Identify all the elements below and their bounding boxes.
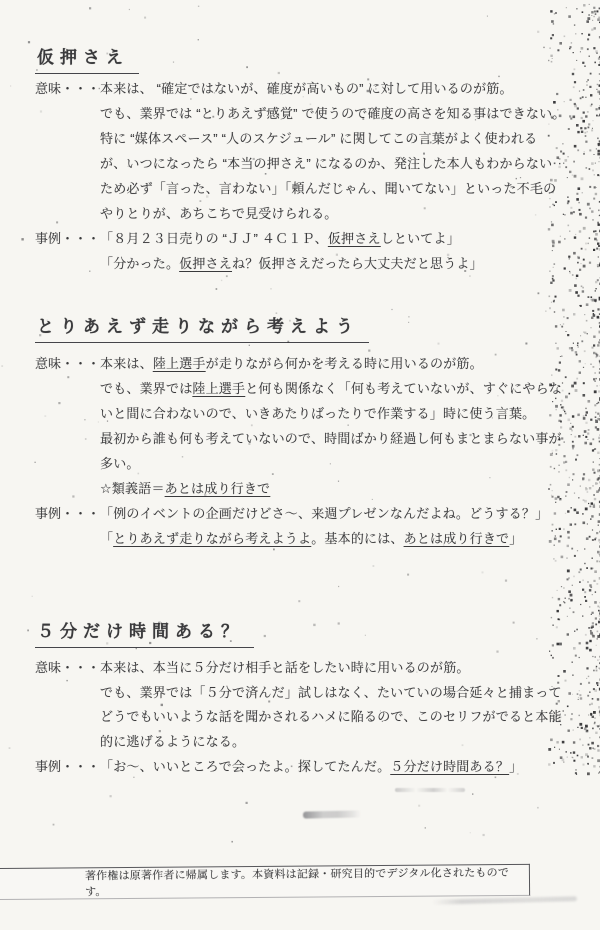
text-segment: 「分かった。 [100, 256, 179, 271]
text-line: 「８月２３日売りの “ＪＪ” ４Ｃ１Ｐ、仮押さえしといてよ」 [100, 226, 572, 251]
underlined-term: 仮押さえ [179, 256, 232, 271]
glossary-entry-toriaezu-hashirinagara: とりあえず走りながら考えよう意味・・・本来は、陸上選手が走りながら何かを考える時… [35, 314, 572, 551]
meaning-block: 意味・・・本来は、 “確定ではないが、確度が高いもの” に対して用いるのが筋。で… [35, 76, 572, 226]
copyright-notice-text: 著作権は原著作者に帰属します。本資料は記録・研究目的でデジタル化されたものです。 [85, 864, 529, 899]
text-line: 「例のイベントの企画だけどさ～、来週プレゼンなんだよね。どうする？」 [100, 501, 572, 526]
text-line: 多い。 [100, 451, 572, 476]
text-segment: しといてよ」 [381, 231, 460, 246]
text-segment: 「お～、いいところで会ったよ。探してたんだ。 [100, 759, 390, 774]
text-line: いと間に合わないので、いきあたりばったりで作業する」時に使う言葉。 [100, 401, 572, 426]
text-line: 「お～、いいところで会ったよ。探してたんだ。５分だけ時間ある？」 [100, 755, 572, 780]
text-segment: いと間に合わないので、いきあたりばったりで作業する」時に使う言葉。 [100, 406, 535, 421]
scanned-document-page: 仮押さえ意味・・・本来は、 “確定ではないが、確度が高いもの” に対して用いるの… [0, 0, 600, 930]
text-line: でも、業界では「５分で済んだ」試しはなく、たいていの場合延々と捕まって [100, 681, 572, 706]
text-segment: やりとりが、あちこちで見受けられる。 [100, 206, 337, 221]
meaning-block: 意味・・・本来は、本当に５分だけ相手と話をしたい時に用いるのが筋。でも、業界では… [35, 656, 572, 755]
text-line: どうでもいいような話を聞かされるハメに陥るので、このセリフがでると本能 [100, 705, 572, 730]
block-label: 意味・・・ [35, 76, 100, 101]
underlined-term: ５分だけ時間ある？ [390, 759, 509, 774]
underlined-term: あとは成り行きで [165, 481, 271, 496]
block-label: 事例・・・ [35, 501, 100, 526]
text-segment: 的に逃げるようになる。 [100, 734, 245, 749]
text-line: やりとりが、あちこちで見受けられる。 [100, 201, 572, 226]
text-line: が、いつになったら “本当の押さえ” になるのか、発注した本人もわからない [100, 151, 572, 176]
text-segment: が、いつになったら “本当の押さえ” になるのか、発注した本人もわからない [100, 156, 552, 171]
entry-title: ５分だけ時間ある？ [35, 619, 254, 648]
text-line: 本来は、 “確定ではないが、確度が高いもの” に対して用いるのが筋。 [100, 76, 572, 101]
text-line: ため必ず「言った、言わない」「頼んだじゃん、聞いてない」といった不毛の [100, 176, 572, 201]
text-segment: でも、業界では「５分で済んだ」試しはなく、たいていの場合延々と捕まって [100, 685, 562, 700]
text-segment: 」 [509, 759, 522, 774]
copyright-notice-box: 著作権は原著作者に帰属します。本資料は記録・研究目的でデジタル化されたものです。 [0, 864, 530, 900]
text-segment: でも、業界では “とりあえず感覚” で使うので確度の高さを知る事はできない。 [100, 106, 565, 121]
underlined-term: あとは成り行きで [404, 531, 510, 546]
text-line: 最初から誰も何も考えていないので、時間ばかり経過し何もまとまらない事が [100, 426, 572, 451]
text-segment: が走りながら何かを考える時に用いるのが筋。 [206, 356, 483, 371]
text-line: 「分かった。仮押さえね？仮押さえだったら大丈夫だと思うよ」 [100, 251, 572, 276]
block-label: 事例・・・ [35, 755, 100, 780]
entry-title: 仮押さえ [35, 45, 139, 74]
text-segment: 最初から誰も何も考えていないので、時間ばかり経過し何もまとまらない事が [100, 431, 562, 446]
text-segment: でも、業界では [100, 381, 192, 396]
text-line: でも、業界では “とりあえず感覚” で使うので確度の高さを知る事はできない。 [100, 101, 572, 126]
glossary-entry-gofun-dake-jikan-aru: ５分だけ時間ある？意味・・・本来は、本当に５分だけ相手と話をしたい時に用いるのが… [35, 619, 572, 780]
underlined-term: 陸上選手 [192, 381, 245, 396]
underlined-term: 仮押さえ [328, 231, 381, 246]
text-segment: 本来は、 [100, 356, 153, 371]
text-line: 本来は、陸上選手が走りながら何かを考える時に用いるのが筋。 [100, 351, 572, 376]
block-label: 意味・・・ [35, 656, 100, 681]
document-content: 仮押さえ意味・・・本来は、 “確定ではないが、確度が高いもの” に対して用いるの… [0, 0, 600, 930]
example-block: 事例・・・「８月２３日売りの “ＪＪ” ４Ｃ１Ｐ、仮押さえしといてよ」「分かった… [35, 226, 572, 276]
text-segment: ね？仮押さえだったら大丈夫だと思うよ」 [232, 256, 483, 271]
block-label: 意味・・・ [35, 351, 100, 376]
text-segment: 特に “媒体スペース” “人のスケジュール” に関してこの言葉がよく使われる [100, 131, 537, 146]
text-segment: 「例のイベントの企画だけどさ～、来週プレゼンなんだよね。どうする？」 [100, 506, 548, 521]
text-segment: 「８月２３日売りの “ＪＪ” ４Ｃ１Ｐ、 [100, 231, 328, 246]
text-segment: ため必ず「言った、言わない」「頼んだじゃん、聞いてない」といった不毛の [100, 181, 556, 196]
example-block: 事例・・・「お～、いいところで会ったよ。探してたんだ。５分だけ時間ある？」 [35, 755, 572, 780]
text-segment: と何も関係なく「何も考えていないが、すぐにやらな [245, 381, 562, 396]
text-line: 特に “媒体スペース” “人のスケジュール” に関してこの言葉がよく使われる [100, 126, 572, 151]
example-block: 事例・・・「例のイベントの企画だけどさ～、来週プレゼンなんだよね。どうする？」「… [35, 501, 572, 551]
text-line: ☆類義語＝あとは成り行きで [100, 476, 572, 501]
text-segment: 本来は、本当に５分だけ相手と話をしたい時に用いるのが筋。 [100, 660, 470, 675]
text-segment: 多い。 [100, 456, 140, 471]
block-label: 事例・・・ [35, 226, 100, 251]
glossary-entry-kari-osae: 仮押さえ意味・・・本来は、 “確定ではないが、確度が高いもの” に対して用いるの… [35, 45, 572, 276]
meaning-block: 意味・・・本来は、陸上選手が走りながら何かを考える時に用いるのが筋。でも、業界で… [35, 351, 572, 501]
underlined-term: 陸上選手 [153, 356, 206, 371]
text-segment: 」 [509, 531, 522, 546]
text-line: 的に逃げるようになる。 [100, 730, 572, 755]
entry-title: とりあえず走りながら考えよう [35, 314, 369, 343]
text-line: でも、業界では陸上選手と何も関係なく「何も考えていないが、すぐにやらな [100, 376, 572, 401]
text-segment: 「 [100, 531, 113, 546]
text-segment: どうでもいいような話を聞かされるハメに陥るので、このセリフがでると本能 [100, 709, 562, 724]
text-segment: 。基本的には、 [311, 531, 403, 546]
underlined-term: とりあえず走りながら考えようよ [113, 531, 311, 546]
text-segment: 本来は、 “確定ではないが、確度が高いもの” に対して用いるのが筋。 [100, 81, 513, 96]
text-line: 「とりあえず走りながら考えようよ。基本的には、あとは成り行きで」 [100, 526, 572, 551]
text-segment: ☆類義語＝ [100, 481, 165, 496]
text-line: 本来は、本当に５分だけ相手と話をしたい時に用いるのが筋。 [100, 656, 572, 681]
